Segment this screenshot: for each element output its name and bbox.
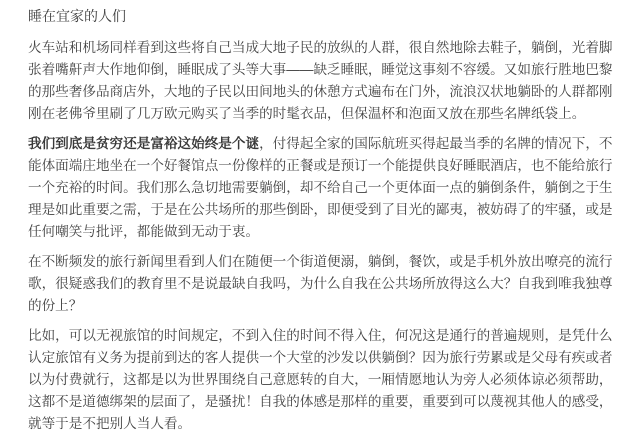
article-body: 睡在宜家的人们 火车站和机场同样看到这些将自己当成大地子民的放纵的人群，很自然地… [0,0,640,432]
paragraph-bold-lead: 我们到底是贫穷还是富裕这始终是个谜 [28,136,259,151]
article-paragraph-3: 在不断频发的旅行新闻里看到人们在随便一个街道便溺，躺倒，餐饮，或是手机外放出嘹亮… [28,251,614,317]
paragraph-text: ，付得起全家的国际航班买得起最当季的名牌的情况下，不能体面端庄地坐在一个好餐馆点… [28,136,613,239]
paragraph-text: 在不断频发的旅行新闻里看到人们在随便一个街道便溺，躺倒，餐饮，或是手机外放出嘹亮… [28,254,613,313]
article-paragraph-2: 我们到底是贫穷还是富裕这始终是个谜，付得起全家的国际航班买得起最当季的名牌的情况… [28,133,614,243]
paragraph-text: 比如，可以无视旅馆的时间规定，不到入住的时间不得入住，何况这是通行的普遍规则，是… [28,328,613,431]
article-paragraph-4: 比如，可以无视旅馆的时间规定，不到入住的时间不得入住，何况这是通行的普遍规则，是… [28,325,614,432]
article-paragraph-1: 火车站和机场同样看到这些将自己当成大地子民的放纵的人群，很自然地除去鞋子，躺倒，… [28,37,614,125]
article-title: 睡在宜家的人们 [28,5,614,27]
paragraph-text: 火车站和机场同样看到这些将自己当成大地子民的放纵的人群，很自然地除去鞋子，躺倒，… [28,40,613,121]
